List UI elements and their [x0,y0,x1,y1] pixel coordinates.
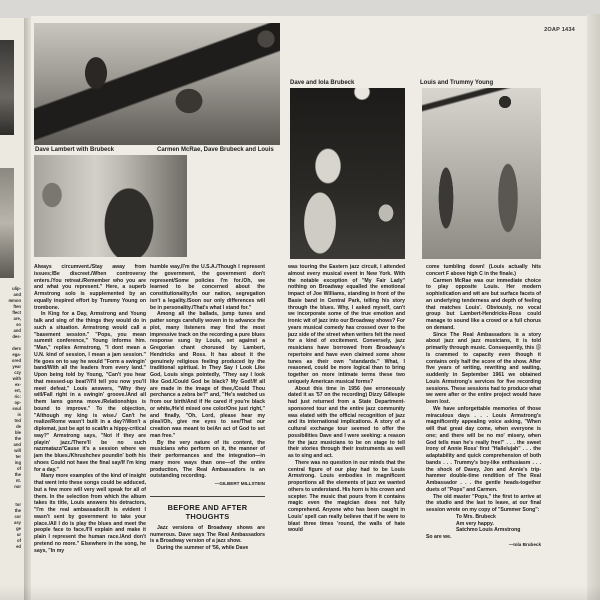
paragraph: Jazz versions of Broadway shows are nume… [150,525,265,545]
section-divider [150,496,265,497]
paragraph: come tumbling down! (Louis actually hits… [426,264,541,278]
left-page-fragment: ulip- and mmon ften flect are, so and de… [0,18,25,600]
paragraph: We have unforgettable memories of those … [426,406,541,494]
paragraph: humble way,/I'm the U.S.A./Though I repr… [150,264,265,311]
paragraph: Always circumvent./Stay away from issues… [34,264,146,311]
paragraph: Since The Real Ambassadors is a story ab… [426,332,541,406]
paragraph: In King for a Day, Armstrong and Young t… [34,311,146,473]
page-edge [587,14,600,600]
paragraph: Among all the ballads, jump tunes and pa… [150,311,265,439]
text-column-1: Always circumvent./Stay away from issues… [34,264,146,554]
bottom-shadow [0,585,600,600]
photo-louis-and-trummy-young [422,88,541,259]
paragraph: Many more examples of the kind of insigh… [34,473,146,554]
photo-dave-lambert-with-brubeck [34,155,187,257]
text-column-4: come tumbling down! (Louis actually hits… [426,264,541,549]
signature-gilbert-millstein: —GILBERT MILLSTEIN [150,481,265,488]
signature-iola-brubeck: —Iola Brubeck [426,542,541,549]
text-column-2: humble way,/I'm the U.S.A./Though I repr… [150,264,265,552]
caption-louis-trummy: Louis and Trummy Young [420,80,493,86]
paragraph: During the summer of '56, while Dave [150,545,265,552]
paragraph: By the very nature of its content, the m… [150,440,265,481]
caption-carmen-mcrae: Carmen McRae, Dave Brubeck and Louis [157,147,274,153]
poem-line: To Mrs. Brubeck [426,514,541,521]
left-page-photo-top [0,40,14,135]
left-page-text-fragment: ulip- and mmon ften flect are, so and de… [1,286,21,550]
catalog-number: 2OAP 1434 [544,27,575,33]
caption-dave-lambert: Dave Lambert with Brubeck [35,147,114,153]
paragraph: There was no question in our minds that … [288,460,405,534]
paragraph: About this time in 1956 (we erroneously … [288,386,405,460]
poem-line: Am very happy. [426,521,541,528]
paragraph: The old master "Pops," the first to arri… [426,494,541,514]
left-page-photo-bottom [0,168,14,278]
photo-dave-and-iola-brubeck [290,88,405,259]
photo-carmen-mcrae-brubeck-louis [34,23,280,145]
closing-line: So are we. [426,534,541,541]
poem-line: Satchmo Louis Armstrong [426,527,541,534]
section-title: BEFORE AND AFTER THOUGHTS [150,503,265,521]
paragraph: was touring the Eastern jazz circuit, I … [288,264,405,386]
caption-dave-iola: Dave and Iola Brubeck [290,80,354,86]
paragraph: Carmen McRae was our immediate choice to… [426,278,541,332]
text-column-3: was touring the Eastern jazz circuit, I … [288,264,405,534]
